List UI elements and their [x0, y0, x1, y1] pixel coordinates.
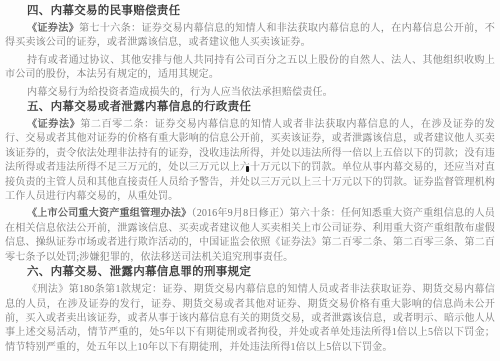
section-administrative-liability: 五、内幕交易或者泄露内幕信息的行政责任 《证券法》第二百零二条：证券交易内幕信息… [5, 100, 495, 265]
paragraph-text: 第二百零二条：证券交易内幕信息的知情人或者非法获取内幕信息的人，在涉及证券的发行… [5, 119, 495, 202]
paragraph: 《刑法》第180条第1款规定：证券、期货交易内幕信息的知情人员或者非法获取证券、… [5, 283, 495, 355]
paragraph-text: 第七十六条：证券交易内幕信息的知情人和非法获取内幕信息的人，在内幕信息公开前，不… [5, 23, 495, 48]
paragraph: 持有或者通过协议、其他安排与他人共同持有公司百分之五以上股份的自然人、法人、其他… [5, 54, 495, 83]
paragraph-text: 持有或者通过协议、其他安排与他人共同持有公司百分之五以上股份的自然人、法人、其他… [5, 55, 495, 80]
document-page: 四、内幕交易的民事赔偿责任 《证券法》第七十六条：证券交易内幕信息的知情人和非法… [0, 0, 500, 361]
text-cursor-artifact [246, 166, 249, 172]
paragraph: 内幕交易行为给投资者造成损失的，行为人应当依法承担赔偿责任。 [5, 86, 495, 100]
law-name-bold: 《证券法》 [27, 119, 80, 130]
section-criminal-provisions: 六、内幕交易、泄露内幕信息罪的刑事规定 《刑法》第180条第1款规定：证券、期货… [5, 265, 495, 355]
paragraph-text: 《刑法》第180条第1款规定：证券、期货交易内幕信息的知情人员或者非法获取证券、… [5, 284, 495, 353]
paragraph: 《证券法》第七十六条：证券交易内幕信息的知情人和非法获取内幕信息的人，在内幕信息… [5, 22, 495, 51]
section-heading: 五、内幕交易或者泄露内幕信息的行政责任 [5, 100, 495, 115]
law-name-bold: 《证券法》 [27, 23, 79, 34]
paragraph: 《证券法》第二百零二条：证券交易内幕信息的知情人或者非法获取内幕信息的人，在涉及… [5, 118, 495, 204]
paragraph: 《上市公司重大资产重组管理办法》（2016年9月8日修正）第六十条：任何知悉重大… [5, 207, 495, 265]
section-civil-compensation: 四、内幕交易的民事赔偿责任 《证券法》第七十六条：证券交易内幕信息的知情人和非法… [5, 4, 495, 100]
paragraph-text: 内幕交易行为给投资者造成损失的，行为人应当依法承担赔偿责任。 [27, 87, 333, 98]
law-name-bold: 《上市公司重大资产重组管理办法》 [27, 208, 191, 219]
section-heading: 四、内幕交易的民事赔偿责任 [5, 4, 495, 19]
section-heading: 六、内幕交易、泄露内幕信息罪的刑事规定 [5, 265, 495, 280]
